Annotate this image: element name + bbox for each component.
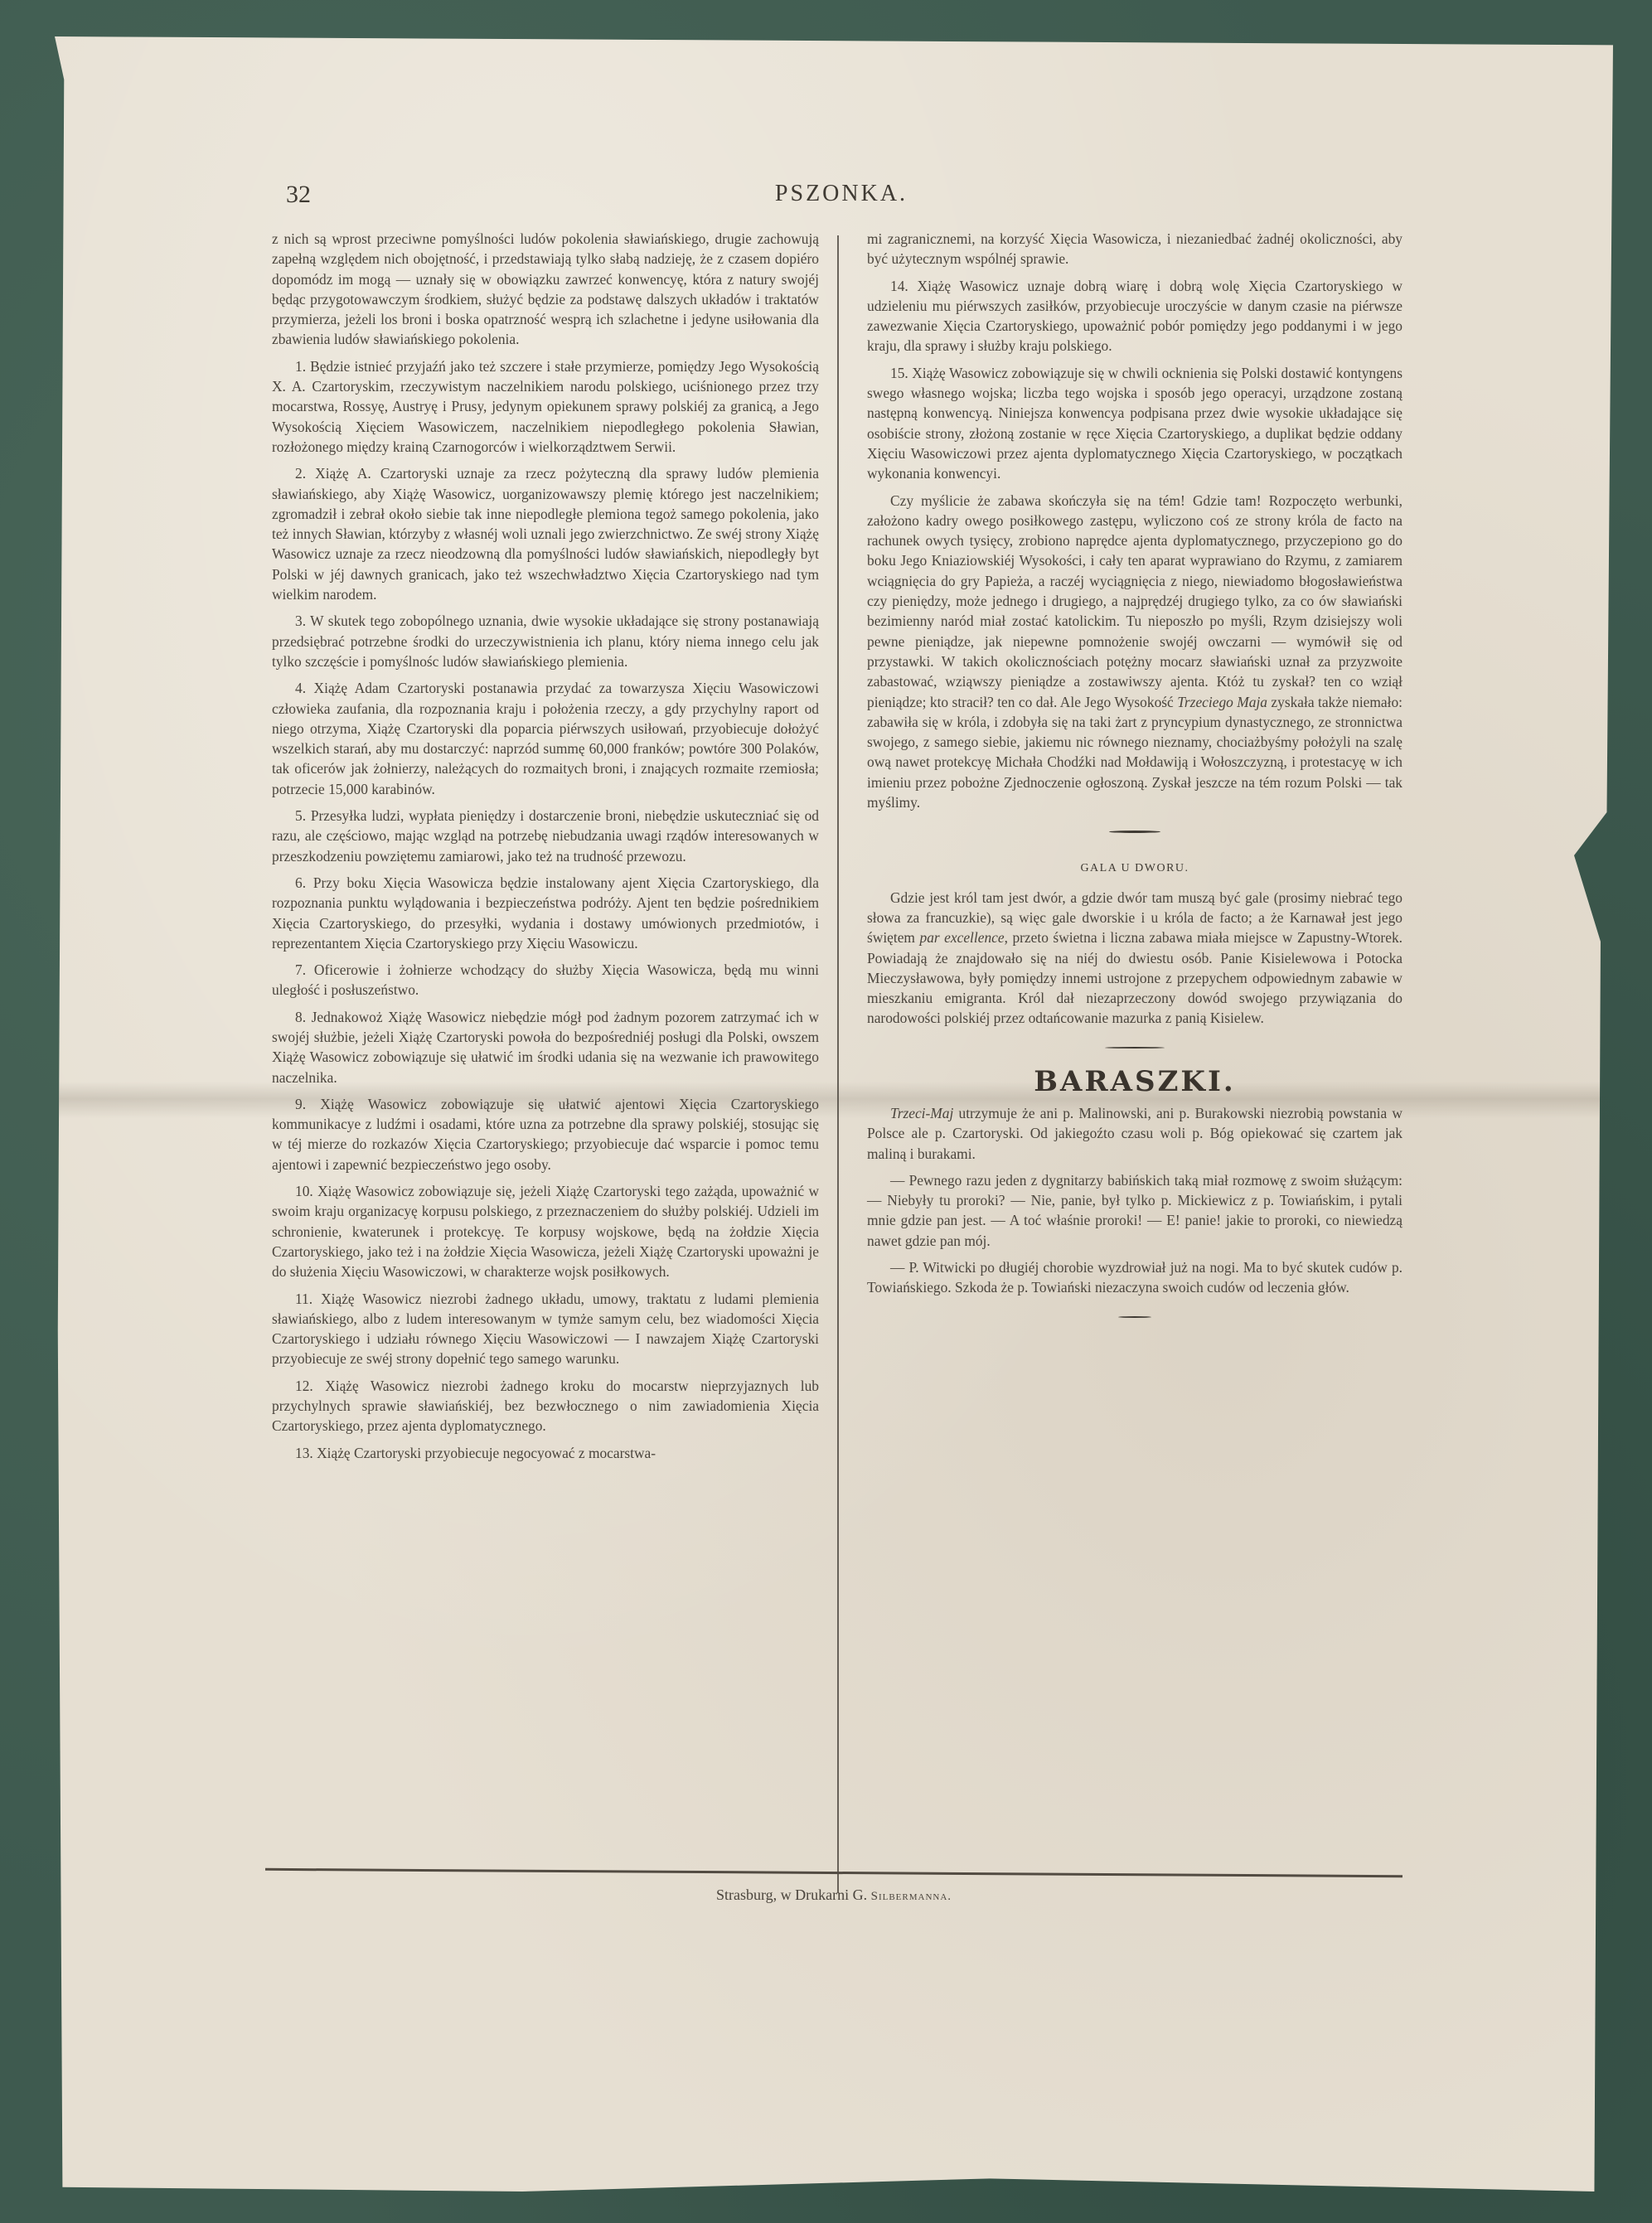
baraszki-italic: Trzeci-Maj bbox=[890, 1105, 953, 1121]
article-13-continuation: mi zagranicznemi, na korzyść Xięcia Waso… bbox=[867, 229, 1403, 269]
journal-title: PSZONKA. bbox=[265, 181, 1417, 207]
article-8: 8. Jednakowoż Xiążę Wasowicz niebędzie m… bbox=[272, 1007, 819, 1087]
italic-trzeciego-maja: Trzeciego Maja bbox=[1177, 694, 1267, 710]
paragraph-continuation: z nich są wprost przeciwne pomyślności l… bbox=[272, 229, 819, 350]
commentary-text-end: zyskała także niemało: zabawiła się w kr… bbox=[867, 694, 1403, 811]
article-15: 15. Xiążę Wasowicz zobowiązuje się w chw… bbox=[867, 363, 1403, 484]
article-1: 1. Będzie istnieć przyjaźń jako też szcz… bbox=[272, 356, 819, 457]
section-heading-baraszki: BARASZKI. bbox=[867, 1072, 1403, 1092]
article-2: 2. Xiążę A. Czartoryski uznaje za rzecz … bbox=[272, 463, 819, 604]
gala-italic: par excellence bbox=[920, 929, 1005, 946]
article-4: 4. Xiążę Adam Czartoryski postanawia prz… bbox=[272, 678, 819, 799]
article-11: 11. Xiążę Wasowicz niezrobi żadnego ukła… bbox=[272, 1289, 819, 1369]
commentary-paragraph: Czy myślicie że zabawa skończyła się na … bbox=[867, 491, 1403, 813]
ornament-flourish bbox=[867, 1035, 1403, 1060]
imprint-printer: Silbermanna. bbox=[871, 1890, 952, 1903]
section-heading-gala: GALA U DWORU. bbox=[867, 859, 1403, 879]
article-9: 9. Xiążę Wasowicz zobowiązuje się ułatwi… bbox=[272, 1094, 819, 1174]
flourish-icon bbox=[1105, 1047, 1165, 1049]
running-header: 32 PSZONKA. bbox=[265, 181, 1417, 217]
article-7: 7. Oficerowie i żołnierze wchodzący do s… bbox=[272, 960, 819, 1000]
baraszki-paragraph-3: — P. Witwicki po długiéj chorobie wyzdro… bbox=[867, 1257, 1403, 1298]
page-content: 32 PSZONKA. z nich są wprost przeciwne p… bbox=[265, 181, 1417, 1893]
commentary-text: Czy myślicie że zabawa skończyła się na … bbox=[867, 492, 1403, 710]
article-14: 14. Xiążę Wasowicz uznaje dobrą wiarę i … bbox=[867, 276, 1403, 356]
baraszki-paragraph-1: Trzeci-Maj utrzymuje że ani p. Malinowsk… bbox=[867, 1103, 1403, 1164]
ornament-end bbox=[867, 1305, 1403, 1329]
article-12: 12. Xiążę Wasowicz niezrobi żadnego krok… bbox=[272, 1376, 819, 1436]
imprint-text: Strasburg, w Drukarni G. bbox=[716, 1886, 871, 1903]
baraszki-paragraph-2: — Pewnego razu jeden z dygnitarzy babińs… bbox=[867, 1170, 1403, 1251]
article-3: 3. W skutek tego zobopólnego uznania, dw… bbox=[272, 611, 819, 671]
gala-paragraph: Gdzie jest król tam jest dwór, a gdzie d… bbox=[867, 888, 1403, 1029]
right-column: mi zagranicznemi, na korzyść Xięcia Waso… bbox=[839, 229, 1403, 1893]
article-5: 5. Przesyłka ludzi, wypłata pieniędzy i … bbox=[272, 806, 819, 866]
ornament-rule bbox=[867, 819, 1403, 844]
article-13: 13. Xiążę Czartoryski przyobiecuje negoc… bbox=[272, 1443, 819, 1463]
article-10: 10. Xiążę Wasowicz zobowiązuje się, jeże… bbox=[272, 1181, 819, 1281]
article-6: 6. Przy boku Xięcia Wasowicza będzie ins… bbox=[272, 873, 819, 953]
left-column: z nich są wprost przeciwne pomyślności l… bbox=[265, 229, 819, 1893]
end-dash-icon bbox=[1118, 1316, 1151, 1318]
column-divider bbox=[837, 235, 839, 1893]
ornament-dash-icon bbox=[1109, 831, 1160, 833]
printer-imprint: Strasburg, w Drukarni G. Silbermanna. bbox=[265, 1886, 1403, 1904]
